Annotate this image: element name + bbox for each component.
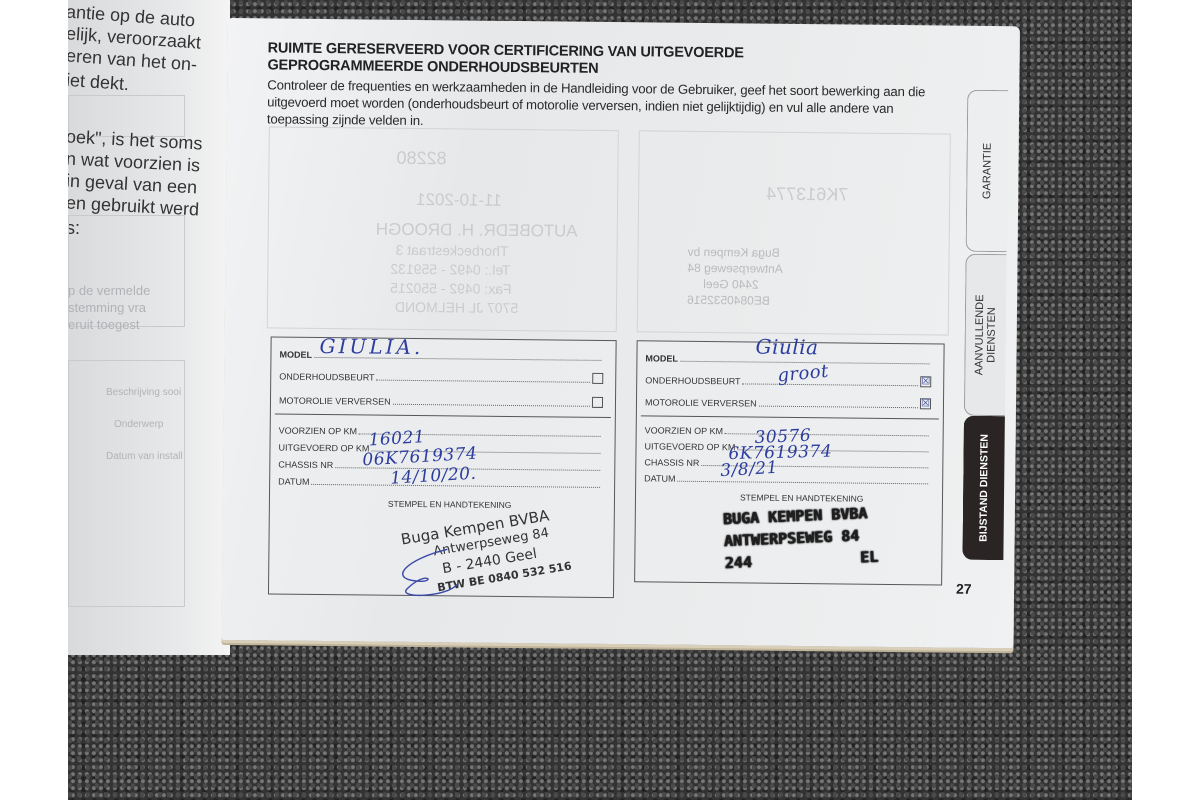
oil-label: MOTOROLIE VERVERSEN [645, 397, 757, 408]
tab-garantie[interactable]: GARANTIE [966, 90, 1009, 252]
left-faint-text: eruit toegest [68, 314, 140, 335]
left-page: antie op de auto elijk, veroorzaakt eren… [68, 0, 230, 655]
done-km-label: UITGEVOERD OP KM [278, 443, 369, 454]
stamp-label: STEMPEL EN HANDTEKENING [388, 499, 512, 510]
oil-label: MOTOROLIE VERVERSEN [279, 396, 391, 407]
ghost-text: AUTOBEDR. H. DROOGH [376, 220, 578, 242]
ghost-text: 11-10-2021 [416, 190, 502, 211]
date-row: DATUM [644, 469, 930, 486]
oil-checkbox[interactable]: ☒ [920, 398, 931, 409]
booklet-page: RUIMTE GERESERVEERD VOOR CERTIFICERING V… [221, 18, 1019, 648]
intro-text: Controleer de frequenties en werkzaamhed… [267, 76, 957, 134]
planned-km-label: VOORZIEN OP KM [279, 426, 357, 437]
ghost-form-right [637, 130, 951, 335]
handwritten-model: Giulia [755, 335, 818, 360]
page-number: 27 [956, 581, 972, 597]
divider [275, 414, 611, 419]
ghost-text: 2440 Geel [703, 277, 759, 292]
service-row: ONDERHOUDSBEURT [279, 368, 603, 385]
model-label: MODEL [645, 353, 678, 363]
left-faint-text: Beschrijving sooi [106, 382, 181, 403]
ghost-text: Antwerpseweg 84 [687, 261, 783, 276]
tab-aanvullende-diensten[interactable]: AANVULLENDE DIENSTEN [964, 254, 1007, 416]
redacted-dealer-stamp: BUGA KEMPEN BVBAANTWERPSEWEG 84244 EL [722, 502, 878, 574]
ghost-text: 82280 [396, 148, 446, 170]
signature-1 [387, 539, 478, 600]
date-label: DATUM [644, 473, 675, 483]
ghost-text: 7K613774 [766, 184, 848, 206]
ghost-text: Thorbeckestraat 3 [395, 242, 508, 259]
ghost-text: Tel.: 0492 - 559132 [390, 261, 510, 278]
ghost-text: Fax: 0492 - 550215 [390, 280, 512, 297]
stamp-label: STEMPEL EN HANDTEKENING [740, 492, 864, 503]
service-checkbox[interactable] [592, 373, 603, 384]
handwritten-model: GIULIA. [319, 334, 423, 359]
ghost-text: Buga Kempen bv [688, 245, 780, 260]
oil-row: MOTOROLIE VERVERSEN ☒ [645, 393, 931, 410]
tab-bijstand-diensten[interactable]: BIJSTAND DIENSTEN [962, 416, 1005, 560]
service-checkbox[interactable]: ☒ [920, 376, 931, 387]
ghost-text: 5707 JL HELMOND [395, 299, 518, 316]
divider [641, 415, 939, 419]
chassis-label: CHASSIS NR [278, 460, 333, 471]
done-km-label: UITGEVOERD OP KM [644, 441, 735, 452]
ghost-text: BE0840532516 [687, 293, 770, 308]
oil-row: MOTOROLIE VERVERSEN [279, 392, 603, 409]
chassis-label: CHASSIS NR [644, 457, 699, 468]
planned-km-label: VOORZIEN OP KM [645, 425, 723, 436]
service-label: ONDERHOUDSBEURT [279, 372, 374, 383]
oil-checkbox[interactable] [592, 397, 603, 408]
date-label: DATUM [278, 477, 309, 487]
model-label: MODEL [279, 350, 312, 360]
planned-km-row: VOORZIEN OP KM [279, 422, 603, 439]
service-label: ONDERHOUDSBEURT [645, 375, 740, 386]
handwritten-date: 3/8/21 [720, 458, 779, 481]
left-text: iet dekt. [68, 70, 130, 95]
left-faint-text: Onderwerp [114, 414, 163, 435]
maintenance-record-2: MODEL ONDERHOUDSBEURT ☒ MOTOROLIE VERVER… [634, 340, 945, 585]
maintenance-record-1: MODEL ONDERHOUDSBEURT MOTOROLIE VERVERSE… [268, 336, 617, 598]
page-title: RUIMTE GERESERVEERD VOOR CERTIFICERING V… [267, 40, 807, 80]
left-faint-text: Datum van install [106, 446, 183, 467]
